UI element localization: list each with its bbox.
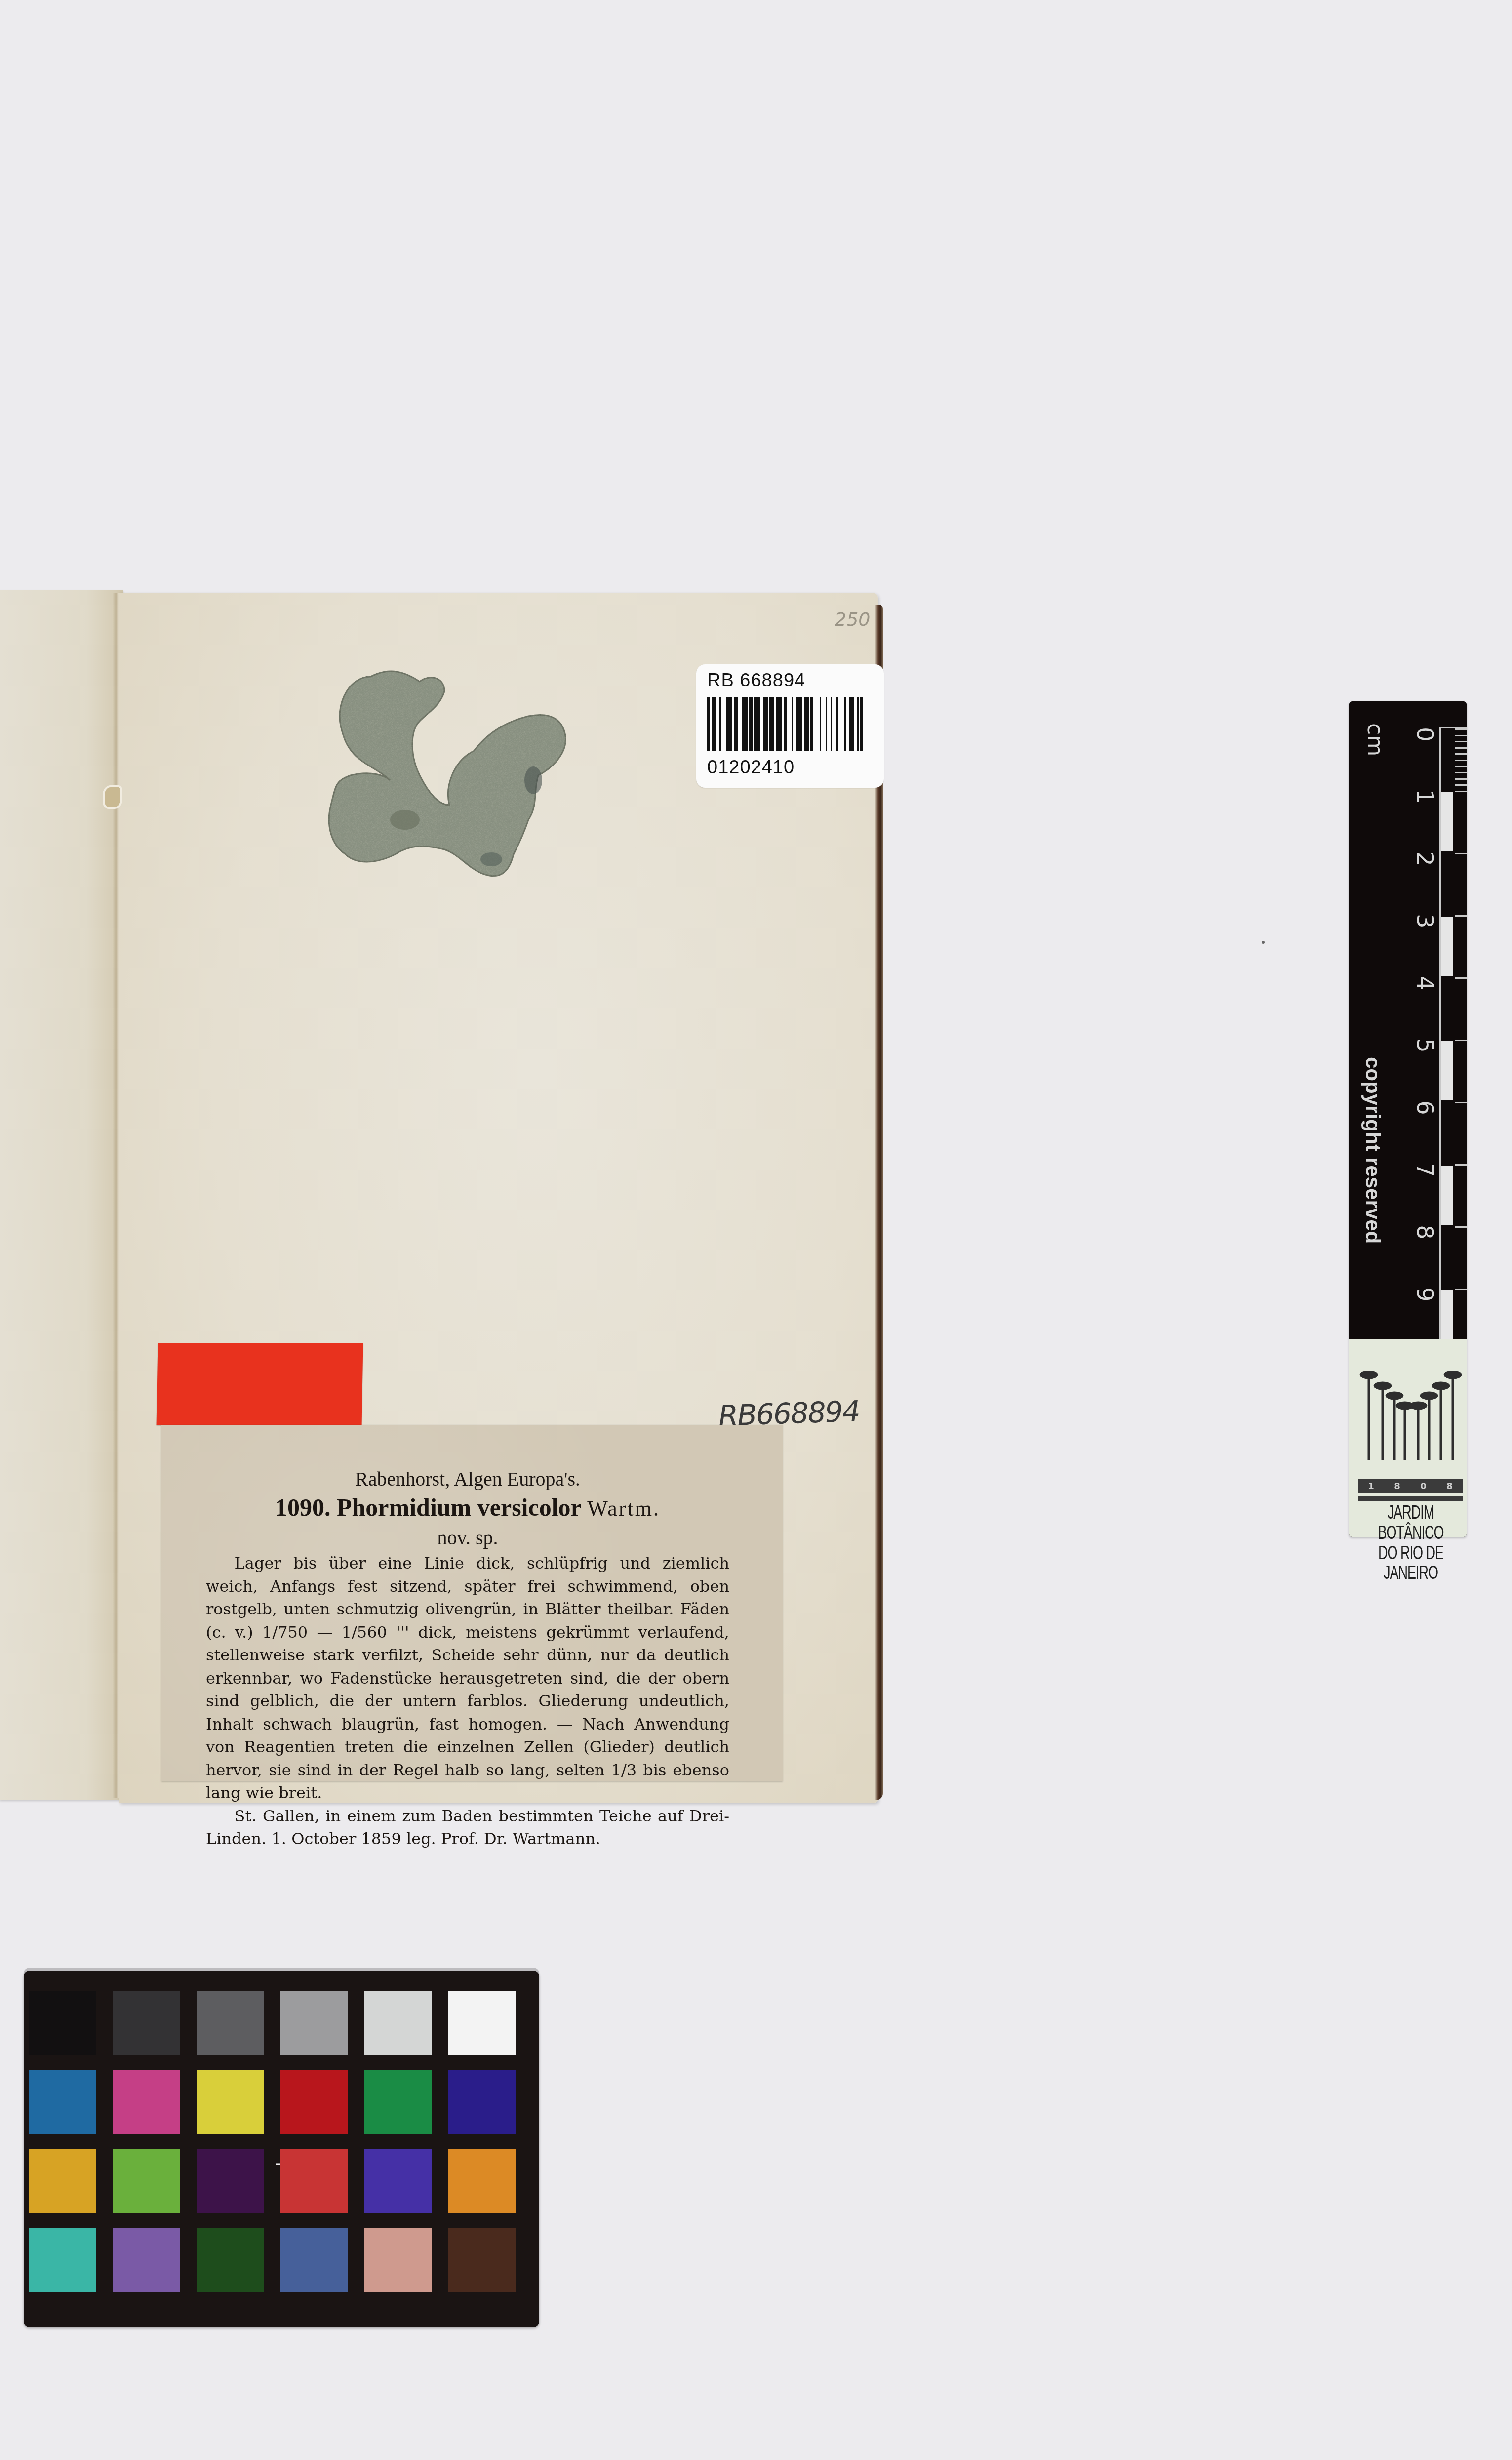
logo-year-digit: 1 — [1368, 1481, 1374, 1492]
ruler-segment — [1441, 1166, 1453, 1225]
ruler-tick — [1455, 1164, 1467, 1166]
locality-text: St. Gallen, in einem zum Baden bestimmte… — [206, 1805, 729, 1851]
ruler-number: 7 — [1412, 1155, 1438, 1185]
color-swatch — [113, 2070, 180, 2134]
algae-specimen — [321, 657, 593, 884]
specimen-label: Rabenhorst, Algen Europa's. 1090. Phormi… — [161, 1425, 783, 1781]
barcode-bar — [721, 697, 725, 751]
ruler-tick — [1455, 1040, 1467, 1041]
ruler-segment — [1441, 1228, 1453, 1287]
ruler-unit-label: cm — [1362, 723, 1388, 756]
color-swatch — [29, 2228, 96, 2292]
ruler-mm-tick — [1455, 760, 1467, 761]
barcode — [707, 697, 868, 751]
color-calibration-chart: + — [24, 1971, 539, 2327]
barcode-bar — [849, 697, 854, 751]
ruler-number: 3 — [1412, 906, 1438, 936]
ruler-segment — [1441, 730, 1453, 789]
ruler-number: 5 — [1412, 1031, 1438, 1060]
ruler-copyright: copyright reserved — [1361, 1057, 1385, 1244]
color-swatch — [280, 2149, 348, 2213]
dust-speck — [1262, 941, 1265, 944]
red-type-tag — [157, 1343, 363, 1425]
ruler-segment — [1441, 979, 1453, 1038]
ruler-number: 9 — [1412, 1280, 1438, 1309]
ruler-tick — [1455, 1102, 1467, 1103]
ruler-segment — [1441, 917, 1453, 976]
ruler-tick — [1455, 915, 1467, 917]
barcode-bar — [787, 697, 791, 751]
description-paragraph: Lager bis über eine Linie dick, schlüpfr… — [206, 1552, 729, 1805]
ruler-tick — [1455, 791, 1467, 792]
book-left-page — [0, 590, 123, 1800]
binding-stitch — [103, 785, 122, 809]
label-locality: St. Gallen, in einem zum Baden bestimmte… — [206, 1805, 729, 1851]
barcode-bar — [769, 697, 774, 751]
barcode-bar — [776, 697, 782, 751]
color-swatch — [364, 2228, 432, 2292]
barcode-bar — [863, 697, 868, 751]
barcode-number: 01202410 — [707, 757, 795, 778]
scale-ruler: cm 012345678910 copyright reserved 1808 … — [1349, 701, 1467, 1537]
ruler-tick — [1455, 1226, 1467, 1228]
barcode-bar — [763, 697, 768, 751]
ruler-number: 0 — [1412, 720, 1438, 749]
color-swatch — [364, 2070, 432, 2134]
ruler-scale — [1439, 727, 1467, 1379]
ruler-mm-tick — [1455, 772, 1467, 773]
color-swatch — [29, 1991, 96, 2055]
color-swatch — [280, 2228, 348, 2292]
ruler-mm-tick — [1455, 735, 1467, 736]
label-title: 1090. Phormidium versicolor Wartm. — [206, 1492, 729, 1524]
ruler-number: 2 — [1412, 844, 1438, 874]
color-swatch — [29, 2070, 96, 2134]
taxon-name: Phormidium versicolor — [337, 1493, 581, 1521]
ruler-mm-tick — [1455, 766, 1467, 767]
logo-year-digit: 8 — [1394, 1481, 1400, 1492]
color-swatch — [448, 2149, 516, 2213]
collection-code: RB 668894 — [707, 670, 805, 691]
barcode-bar — [813, 697, 820, 751]
barcode-bar — [712, 697, 716, 751]
ruler-mm-tick — [1455, 778, 1467, 780]
barcode-bar — [804, 697, 808, 751]
institution-name: JARDIM BOTÂNICO DO RIO DE JANEIRO — [1356, 1502, 1466, 1582]
ruler-segment — [1441, 1103, 1453, 1163]
barcode-bar — [754, 697, 760, 751]
ruler-tick — [1455, 728, 1467, 730]
logo-underbar — [1358, 1496, 1463, 1501]
barcode-bar — [832, 697, 836, 751]
logo-year-digit: 0 — [1420, 1481, 1427, 1492]
ruler-mm-tick — [1455, 741, 1467, 742]
barcode-bar — [734, 697, 738, 751]
color-swatch — [113, 1991, 180, 2055]
ruler-number: 4 — [1412, 968, 1438, 998]
barcode-bar — [796, 697, 802, 751]
taxon-author: Wartm. — [587, 1496, 660, 1521]
color-swatch — [448, 2228, 516, 2292]
exsiccata-number: 1090. — [275, 1493, 331, 1521]
ruler-segment — [1441, 1041, 1453, 1100]
ruler-tick — [1455, 1289, 1467, 1290]
logo-year-digit: 8 — [1446, 1481, 1453, 1492]
handwritten-page-number: 250 — [835, 608, 871, 630]
color-swatch — [197, 2228, 264, 2292]
logo-year: 1808 — [1358, 1479, 1463, 1493]
ruler-number: 6 — [1412, 1093, 1438, 1123]
color-swatch — [448, 2070, 516, 2134]
ruler-mm-tick — [1455, 784, 1467, 786]
color-swatch — [197, 1991, 264, 2055]
color-swatch — [197, 2149, 264, 2213]
barcode-bar — [821, 697, 826, 751]
ruler-number: 8 — [1412, 1217, 1438, 1247]
color-swatch — [113, 2228, 180, 2292]
ruler-segment — [1441, 792, 1453, 851]
institution-logo: 1808 JARDIM BOTÂNICO DO RIO DE JANEIRO — [1349, 1339, 1467, 1537]
ruler-number: 1 — [1412, 782, 1438, 811]
ruler-tick — [1455, 853, 1467, 854]
color-swatch — [364, 1991, 432, 2055]
ruler-mm-tick — [1455, 747, 1467, 749]
label-series: Rabenhorst, Algen Europa's. — [206, 1466, 729, 1492]
ruler-mm-tick — [1455, 753, 1467, 755]
color-swatch — [364, 2149, 432, 2213]
taxon-status: nov. sp. — [206, 1524, 729, 1552]
barcode-bar — [838, 697, 845, 751]
color-swatch — [280, 1991, 348, 2055]
color-swatch — [29, 2149, 96, 2213]
book-gutter — [113, 593, 119, 1798]
barcode-bar — [742, 697, 748, 751]
color-swatch — [113, 2149, 180, 2213]
ruler-segment — [1441, 854, 1453, 914]
color-swatch — [280, 2070, 348, 2134]
label-description: Lager bis über eine Linie dick, schlüpfr… — [206, 1552, 729, 1805]
ruler-tick — [1455, 977, 1467, 979]
barcode-label: RB 668894 01202410 — [696, 664, 884, 788]
color-swatch — [448, 1991, 516, 2055]
barcode-bar — [726, 697, 732, 751]
palm-trees-icon — [1358, 1366, 1464, 1460]
color-swatch — [197, 2070, 264, 2134]
